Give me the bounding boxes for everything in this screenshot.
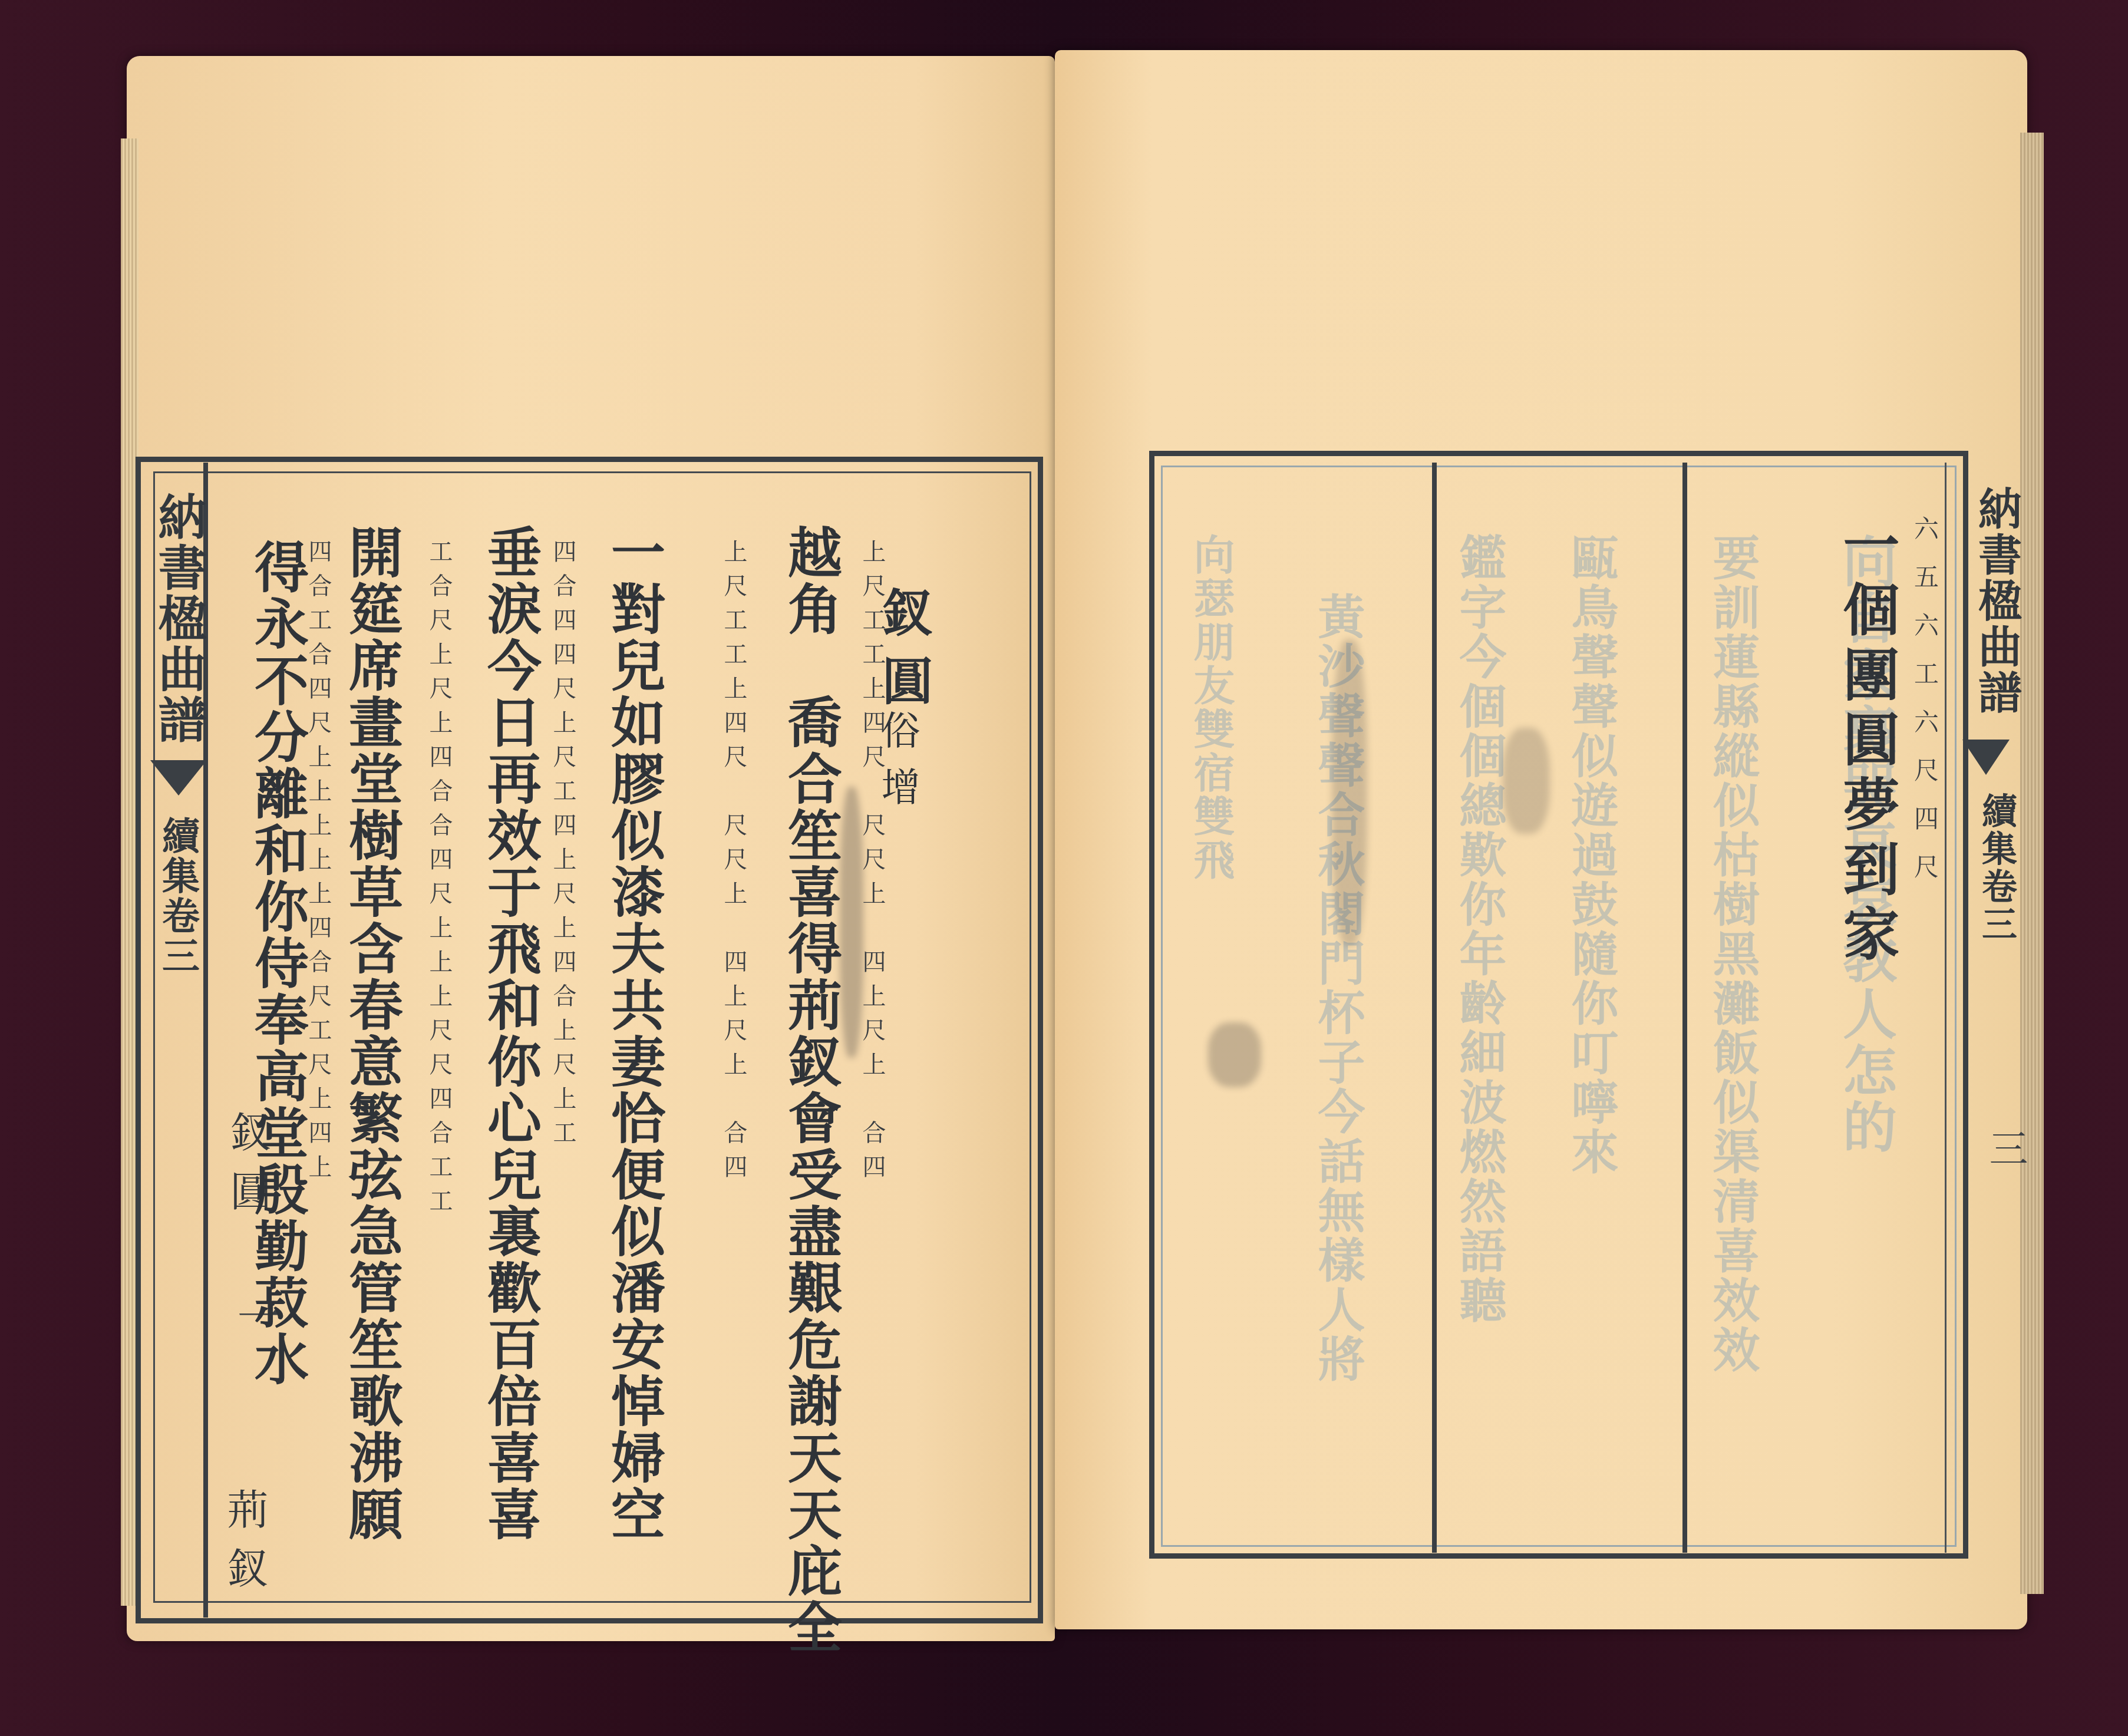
fishtail-mark <box>150 760 207 796</box>
notation-column-2: 四合四四尺上尺工四上尺上四合上尺上工 <box>551 539 575 1154</box>
column-rule-1 <box>1432 463 1437 1553</box>
notation-column-5: 四合工合四尺上上上上上四合尺工尺上四上 <box>306 539 330 1189</box>
fishtail-mark <box>1962 740 2010 775</box>
right-page: 向自家裏哭哀哀教人怎的 要訓蓮縣縱似枯樹黑灘飯似渠清喜效效 甌鳥聲聲似遊過鼓隨你… <box>1055 50 2027 1629</box>
headline-notation: 六五六工六尺四尺 <box>1912 516 1937 902</box>
ink-smudge <box>1208 1022 1261 1087</box>
footer-label: 荊釵 <box>215 1488 275 1606</box>
bleedthrough-column-4: 鑑字今個個總歎你年齡細波燃然語聽 <box>1456 533 1503 1325</box>
lyric-column-3: 垂淚今日再效于飛和你心兒裏歡百倍喜喜 <box>483 524 537 1543</box>
bleedthrough-column-2: 要訓蓮縣縱似枯樹黑灘飯似渠清喜效效 <box>1709 533 1756 1375</box>
headline-lyric: 一個團圓夢到家 <box>1839 516 1895 969</box>
lyric-column-1: 越角 喬合笙喜得荊釵會受盡艱危謝天天庇全 <box>784 524 838 1656</box>
left-page: 納書楹曲譜 續集卷三 釵圓 一 荊釵 越角 喬合笙喜得荊釵會受盡艱危謝天天庇全 … <box>127 56 1055 1641</box>
bleedthrough-column-6: 向瑟朋友雙宿雙飛 <box>1190 533 1232 882</box>
notation-column-1b: 上尺工工上四尺 尺尺上 四上尺上 合四 <box>722 539 745 1189</box>
column-rule-2 <box>1682 463 1687 1553</box>
ink-smudge <box>840 787 863 1058</box>
lyric-column-5: 得永不分離和你侍奉高堂殷勤菽水 <box>250 539 305 1388</box>
notation-column-3: 工合尺上尺上四合合四尺上上上尺尺四合工工 <box>427 539 451 1223</box>
right-fore-edge <box>2020 133 2044 1594</box>
margin-column-rule <box>1945 463 1946 1553</box>
margin-volume: 續集卷三 <box>150 816 204 976</box>
lyric-column-2: 一對兒如膠似漆夫共妻恰便似潘安悼婦空 <box>607 524 661 1543</box>
margin-book-title: 納書楹曲譜 <box>1965 486 2028 716</box>
margin-volume: 續集卷三 <box>1971 793 2022 943</box>
bleedthrough-column-3: 甌鳥聲聲似遊過鼓隨你叮嚀來 <box>1568 533 1615 1177</box>
play-annotation: 俗增 <box>869 710 925 823</box>
ink-smudge <box>1503 728 1550 834</box>
margin-book-title: 納書楹曲譜 <box>144 492 213 745</box>
ink-smudge <box>1332 639 1367 946</box>
page-number: 三 <box>1977 1128 2033 1170</box>
lyric-column-4: 開筵席畫堂樹草含春意繁弦急管笙歌沸願 <box>345 524 399 1543</box>
play-title: 釵圓 <box>866 586 939 723</box>
